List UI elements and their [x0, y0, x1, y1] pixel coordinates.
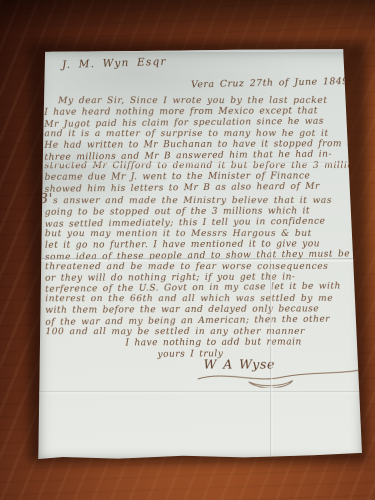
addressee-line: J. M. Wyn Esqr	[62, 56, 167, 71]
letter-photograph: J. M. Wyn Esqr Vera Cruz 27th of June 18…	[0, 0, 375, 500]
letter-line: B's answer and made the Ministry believe…	[38, 194, 362, 207]
letter-content: J. M. Wyn Esqr Vera Cruz 27th of June 18…	[36, 48, 363, 460]
letter-line: interest on the 66th and all which was s…	[45, 294, 362, 305]
letter-body: My dear Sir, Since I wrote you by the la…	[44, 95, 363, 388]
letter-line: My dear Sir, Since I wrote you by the la…	[44, 96, 361, 107]
signature-flourish-icon	[194, 367, 364, 388]
letter-line: structed Mr Clifford to demand it but be…	[45, 161, 362, 172]
letter-line: but you may mention it to Messrs Hargous…	[45, 229, 362, 240]
letter-line: and it is a matter of surprise to many h…	[44, 129, 361, 140]
dateline: Vera Cruz 27th of June 1849	[191, 76, 349, 91]
letter-paper: J. M. Wyn Esqr Vera Cruz 27th of June 18…	[37, 49, 362, 459]
letter-line: 100 and all may be settled in any other …	[45, 327, 362, 338]
letter-line: threatened and be made to fear worse con…	[45, 261, 362, 272]
